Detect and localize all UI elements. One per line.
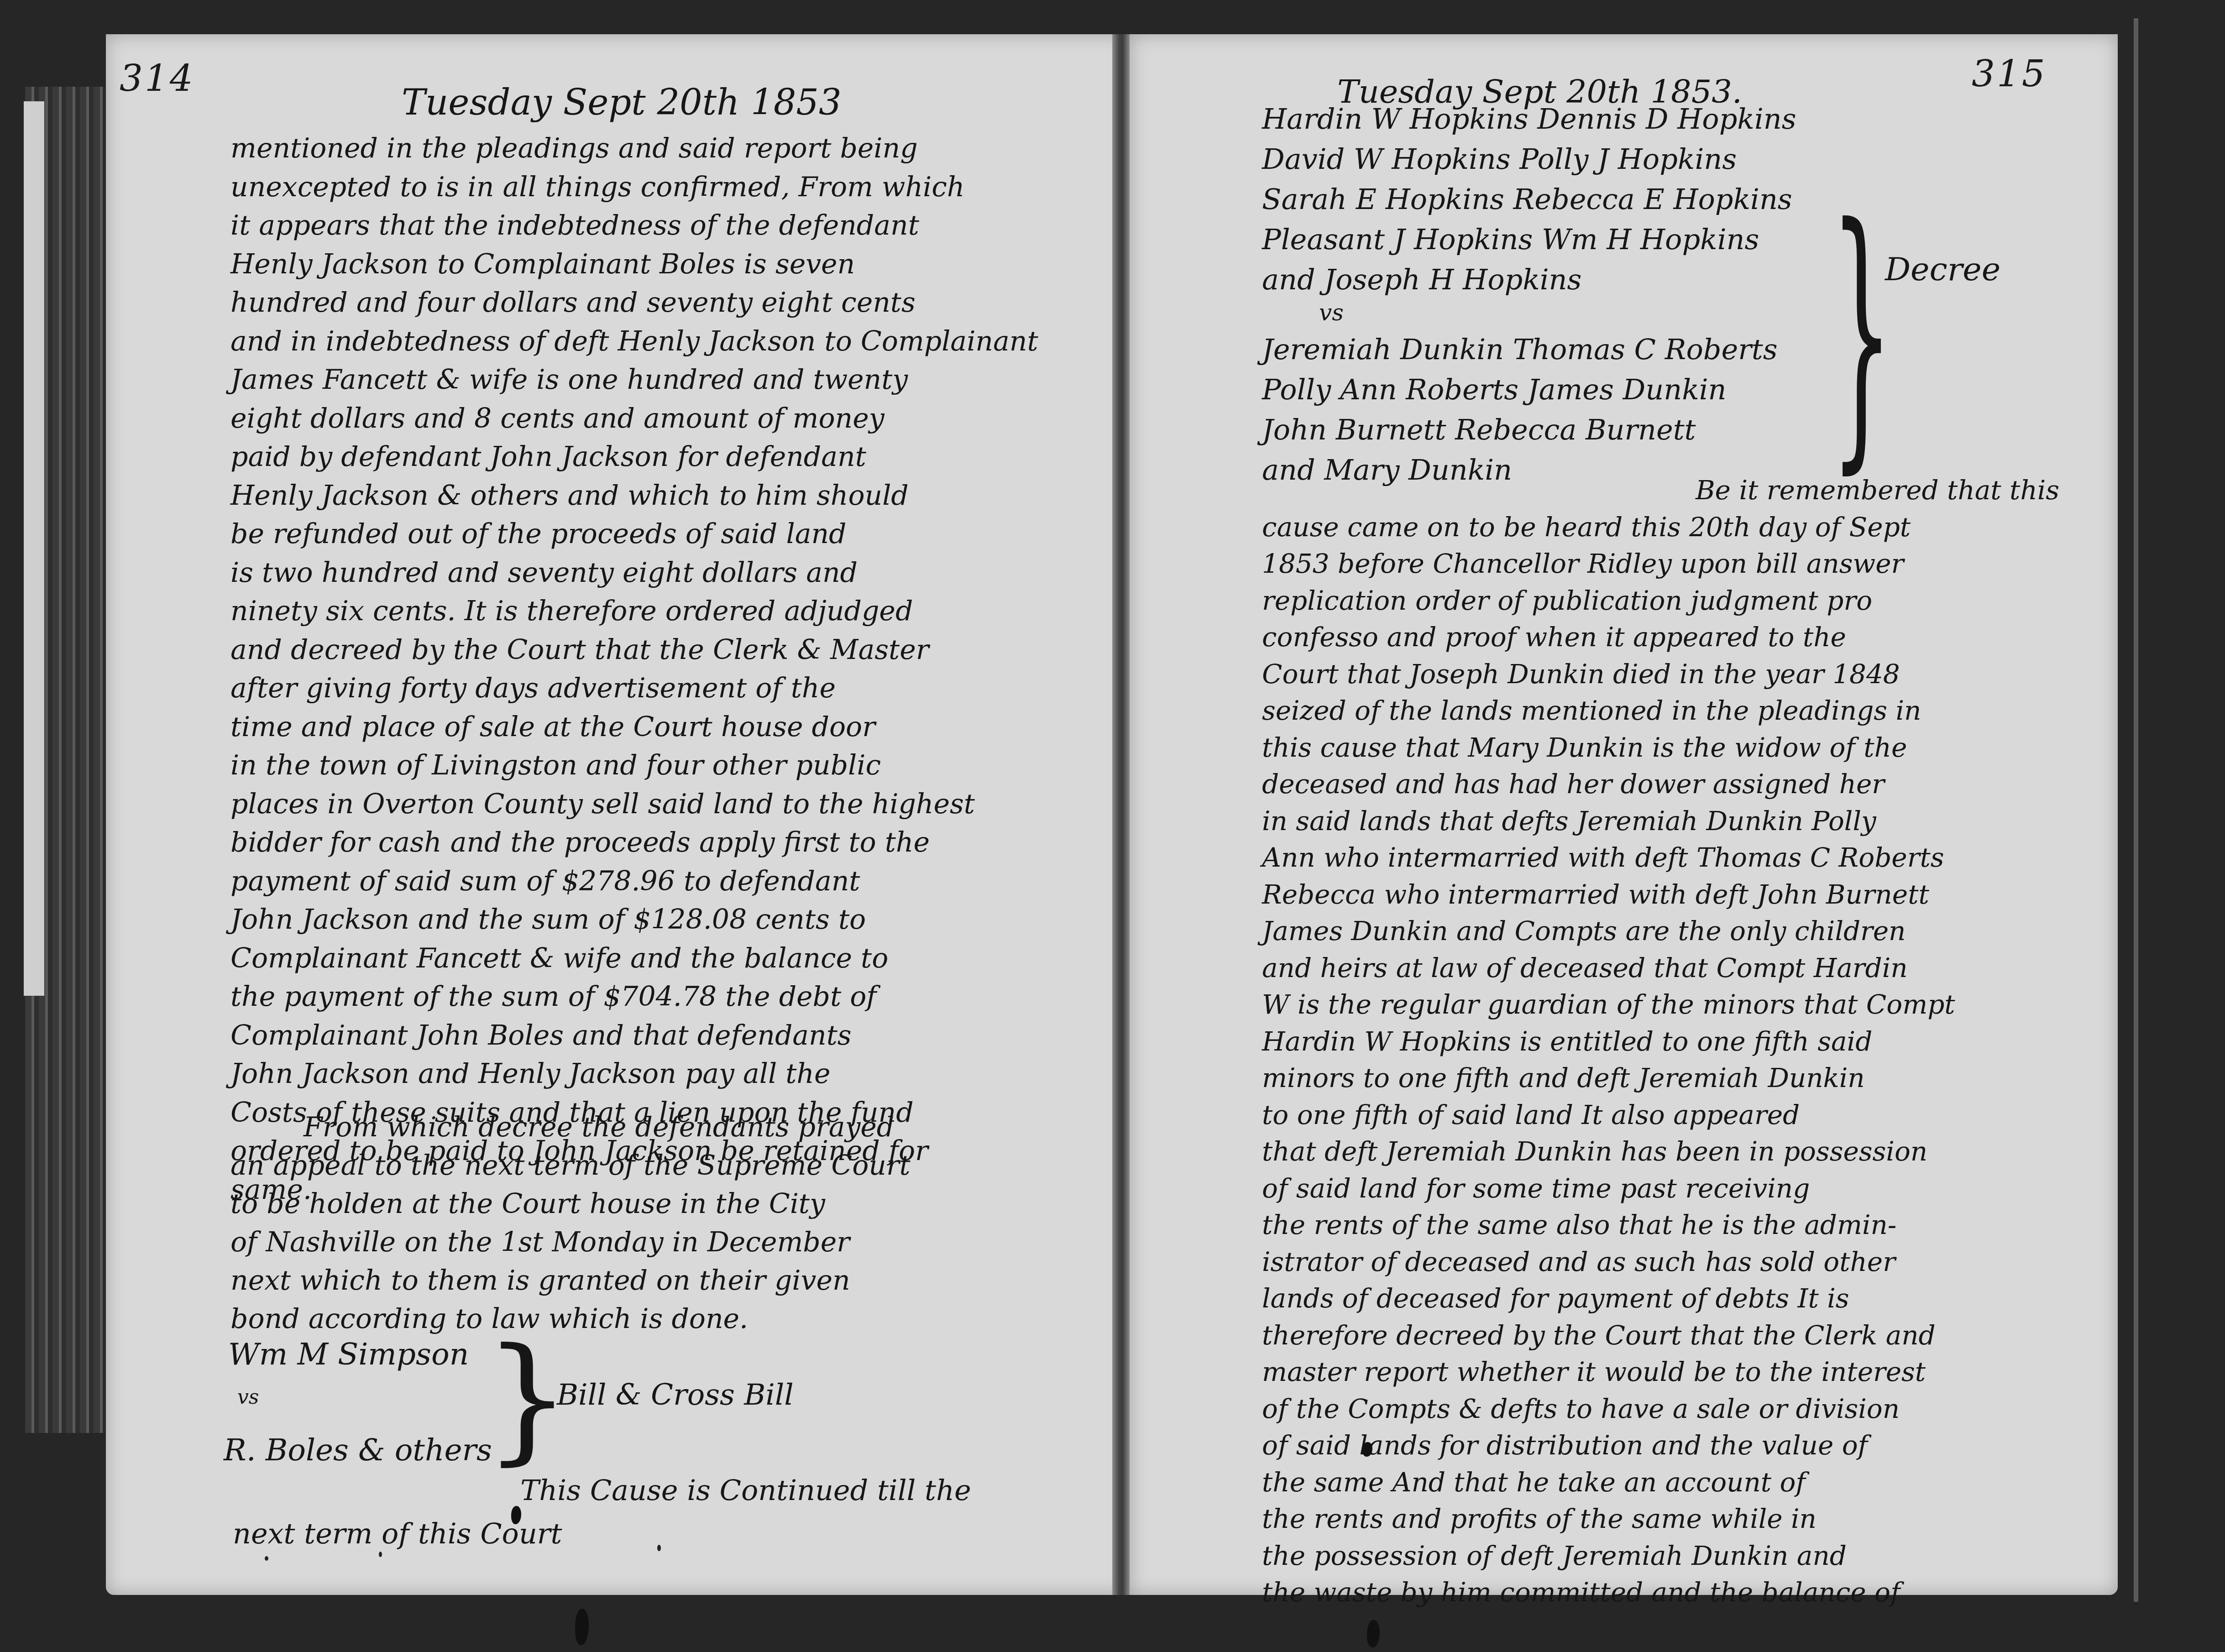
text-line: Ann who intermarried with deft Thomas C … [1262, 844, 1944, 871]
caption-plaintiff: Wm M Simpson [228, 1339, 469, 1370]
text-line: to be holden at the Court house in the C… [230, 1190, 825, 1218]
text-line: paid by defendant John Jackson for defen… [230, 443, 866, 471]
caption-versus: vs [237, 1387, 259, 1407]
text-line: of said lands for distribution and the v… [1262, 1432, 1868, 1459]
left-page-number: 314 [120, 57, 195, 99]
text-line: Hardin W Hopkins is entitled to one fift… [1262, 1028, 1872, 1055]
text-line: of Nashville on the 1st Monday in Decemb… [230, 1229, 850, 1256]
parties-brace-icon: } [1830, 192, 1893, 475]
text-line: time and place of sale at the Court hous… [230, 713, 875, 741]
text-line: and Joseph H Hopkins [1262, 266, 1581, 294]
text-line: and heirs at law of deceased that Compt … [1262, 955, 1908, 981]
text-line: cause came on to be heard this 20th day … [1262, 514, 1911, 540]
text-line: that deft Jeremiah Dunkin has been in po… [1262, 1138, 1927, 1165]
text-line: From which decree the defendants prayed [304, 1114, 894, 1141]
text-line: John Burnett Rebecca Burnett [1262, 416, 1696, 444]
text-line: hundred and four dollars and seventy eig… [230, 289, 916, 316]
text-line: the same And that he take an account of [1262, 1469, 1806, 1495]
text-line: Complainant John Boles and that defendan… [230, 1022, 852, 1049]
ink-speck [657, 1545, 661, 1551]
text-line: istrator of deceased and as such has sol… [1262, 1249, 1895, 1275]
text-line: and decreed by the Court that the Clerk … [230, 636, 929, 664]
text-line: eight dollars and 8 cents and amount of … [230, 405, 885, 432]
text-line: Pleasant J Hopkins Wm H Hopkins [1262, 225, 1759, 254]
text-line: and Mary Dunkin [1262, 456, 1512, 484]
text-line: therefore decreed by the Court that the … [1262, 1322, 1936, 1349]
text-line: master report whether it would be to the… [1262, 1359, 1926, 1385]
text-line: next which to them is granted on their g… [230, 1267, 850, 1294]
text-line: minors to one fifth and deft Jeremiah Du… [1262, 1065, 1865, 1091]
text-line: Court that Joseph Dunkin died in the yea… [1262, 661, 1900, 687]
text-line: David W Hopkins Polly J Hopkins [1262, 145, 1737, 173]
text-line: W is the regular guardian of the minors … [1262, 991, 1955, 1018]
page-edge-tab [24, 101, 44, 996]
text-line: of the Compts & defts to have a sale or … [1262, 1396, 1900, 1422]
right-page-number: 315 [1972, 52, 2047, 95]
text-line: the waste by him committed and the balan… [1262, 1579, 1900, 1605]
text-line: Sarah E Hopkins Rebecca E Hopkins [1262, 185, 1792, 214]
right-page-edge [2134, 18, 2138, 1602]
book-gutter [1112, 34, 1130, 1595]
ink-speck [265, 1556, 268, 1561]
text-line: Complainant Fancett & wife and the balan… [230, 945, 888, 972]
text-line: Hardin W Hopkins Dennis D Hopkins [1262, 105, 1796, 133]
text-line: the rents and profits of the same while … [1262, 1506, 1817, 1532]
text-line: unexcepted to is in all things confirmed… [230, 173, 964, 201]
text-line: Be it remembered that this [1696, 477, 2059, 503]
text-line: Rebecca who intermarried with deft John … [1262, 881, 1929, 908]
text-line: lands of deceased for payment of debts I… [1262, 1285, 1849, 1312]
continuance-line: This Cause is Continued till the [520, 1476, 971, 1505]
text-line: of said land for some time past receivin… [1262, 1175, 1810, 1202]
text-line: and in indebtedness of deft Henly Jackso… [230, 328, 1038, 355]
versus-label: vs [1319, 301, 1344, 324]
text-line: the possession of deft Jeremiah Dunkin a… [1262, 1542, 1847, 1569]
text-line: seized of the lands mentioned in the ple… [1262, 697, 1921, 724]
text-line: the payment of the sum of $704.78 the de… [230, 983, 877, 1010]
continuance-line: next term of this Court [233, 1520, 562, 1548]
text-line: ninety six cents. It is therefore ordere… [230, 597, 913, 625]
text-line: 1853 before Chancellor Ridley upon bill … [1262, 550, 1904, 577]
text-line: after giving forty days advertisement of… [230, 674, 836, 702]
text-line: mentioned in the pleadings and said repo… [230, 135, 918, 162]
text-line: the rents of the same also that he is th… [1262, 1212, 1896, 1238]
text-line: confesso and proof when it appeared to t… [1262, 624, 1846, 650]
caption-case-type: Bill & Cross Bill [557, 1380, 794, 1410]
text-line: Polly Ann Roberts James Dunkin [1262, 376, 1726, 404]
ink-speck [379, 1552, 382, 1557]
text-line: replication order of publication judgmen… [1262, 587, 1872, 614]
text-line: payment of said sum of $278.96 to defend… [230, 868, 860, 895]
text-line: this cause that Mary Dunkin is the widow… [1262, 734, 1907, 761]
caption-defendant: R. Boles & others [224, 1435, 492, 1465]
text-line: be refunded out of the proceeds of said … [230, 520, 847, 548]
text-line: in the town of Livingston and four other… [230, 752, 881, 779]
text-line: bidder for cash and the proceeds apply f… [230, 829, 930, 856]
text-line: to one fifth of said land It also appear… [1262, 1102, 1800, 1128]
left-date-heading: Tuesday Sept 20th 1853 [402, 82, 842, 123]
text-line: James Dunkin and Compts are the only chi… [1262, 918, 1906, 944]
text-line: Henly Jackson to Complainant Boles is se… [230, 251, 855, 278]
text-line: James Fancett & wife is one hundred and … [230, 366, 908, 393]
text-line: Henly Jackson & others and which to him … [230, 482, 909, 509]
text-line: Jeremiah Dunkin Thomas C Roberts [1262, 335, 1778, 364]
text-line: an appeal to the next term of the Suprem… [230, 1152, 911, 1179]
text-line: John Jackson and the sum of $128.08 cent… [230, 906, 866, 933]
text-line: deceased and has had her dower assigned … [1262, 771, 1885, 797]
text-line: it appears that the indebtedness of the … [230, 212, 919, 239]
text-line: in said lands that defts Jeremiah Dunkin… [1262, 808, 1876, 834]
text-line: places in Overton County sell said land … [230, 790, 975, 818]
decree-margin-label: Decree [1885, 253, 2000, 285]
text-line: is two hundred and seventy eight dollars… [230, 559, 858, 586]
text-line: John Jackson and Henly Jackson pay all t… [230, 1060, 831, 1087]
